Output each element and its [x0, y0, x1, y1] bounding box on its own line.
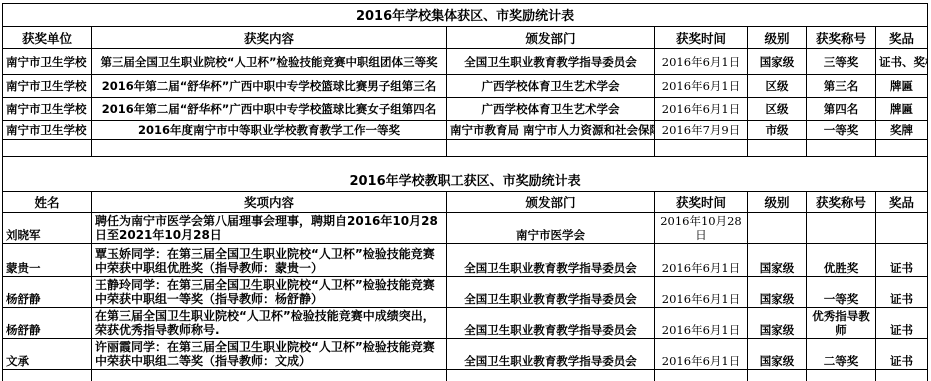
table-title: 2016年学校集体获区、市奖励统计表: [3, 4, 928, 27]
table-row: [3, 369, 928, 381]
staff-awards-table: 2016年学校教职工获区、市奖励统计表 姓名 奖项内容 颁发部门 获奖时间 级别…: [2, 157, 928, 381]
table-row: 杨舒静 在第三届全国卫生职业院校“人卫杯”检验技能竞赛中成绩突出，荣获优秀指导教…: [3, 307, 928, 338]
table-row: 南宁市卫生学校 2016年第二届“舒华杯”广西中职中专学校篮球比赛女子组第四名 …: [3, 98, 928, 121]
column-header: 奖项内容: [92, 191, 447, 212]
table-cell: [92, 369, 447, 381]
table-header-row: 姓名 奖项内容 颁发部门 获奖时间 级别 获奖称号 奖品: [3, 191, 928, 212]
table-cell: 2016年6月1日: [655, 338, 748, 369]
table-title-row: 2016年学校集体获区、市奖励统计表: [3, 4, 928, 27]
awards-report-page: { "style": { "background": "#ffffff", "b…: [0, 0, 931, 381]
table-cell: [876, 212, 928, 243]
table-cell: 2016年6月1日: [655, 75, 748, 98]
column-header: 获奖称号: [807, 27, 876, 49]
table-cell: 牌匾: [876, 98, 928, 121]
table-cell: 2016年第二届“舒华杯”广西中职中专学校篮球比赛女子组第四名: [92, 98, 447, 121]
column-header: 级别: [748, 27, 807, 49]
table-cell: 聘任为南宁市医学会第八届理事会理事，聘期自2016年10月28日至2021年10…: [92, 212, 447, 243]
table-cell: 全国卫生职业教育教学指导委员会: [447, 49, 655, 75]
table-cell: 南宁市卫生学校: [3, 98, 92, 121]
table-row: 南宁市卫生学校 2016年度南宁市中等职业学校教育教学工作一等奖 南宁市教育局 …: [3, 121, 928, 140]
column-header: 姓名: [3, 191, 92, 212]
column-header: 奖品: [876, 27, 928, 49]
table-cell: [655, 369, 748, 381]
table-cell: [92, 140, 447, 157]
table-cell: [3, 369, 92, 381]
table-cell: [807, 212, 876, 243]
table-cell: 南宁市卫生学校: [3, 121, 92, 140]
column-header: 获奖时间: [655, 191, 748, 212]
table-cell: 第四名: [807, 98, 876, 121]
table-cell: [3, 140, 92, 157]
table-cell: 第三名: [807, 75, 876, 98]
table-header-row: 获奖单位 获奖内容 颁发部门 获奖时间 级别 获奖称号 奖品: [3, 27, 928, 49]
table-title-row: 2016年学校教职工获区、市奖励统计表: [3, 157, 928, 191]
table-cell: 国家级: [748, 243, 807, 276]
table-cell: 证书: [876, 338, 928, 369]
table-cell: 一等奖: [807, 121, 876, 140]
table-cell: 优秀指导教师: [807, 307, 876, 338]
table-cell: 2016年6月1日: [655, 276, 748, 307]
table-row: 刘晓军 聘任为南宁市医学会第八届理事会理事，聘期自2016年10月28日至202…: [3, 212, 928, 243]
table-cell: 杨舒静: [3, 307, 92, 338]
table-cell: 全国卫生职业教育教学指导委员会: [447, 307, 655, 338]
table-cell: 2016年7月9日: [655, 121, 748, 140]
table-cell: 证书: [876, 276, 928, 307]
column-header: 奖品: [876, 191, 928, 212]
table-cell: 蒙贵一: [3, 243, 92, 276]
table-cell: 全国卫生职业教育教学指导委员会: [447, 243, 655, 276]
table-cell: 在第三届全国卫生职业院校“人卫杯”检验技能竞赛中成绩突出，荣获优秀指导教师称号.: [92, 307, 447, 338]
table-cell: 南宁市教育局 南宁市人力资源和社会保障局: [447, 121, 655, 140]
table-cell: [807, 369, 876, 381]
table-cell: [748, 140, 807, 157]
column-header: 级别: [748, 191, 807, 212]
table-cell: 广西学校体育卫生艺术学会: [447, 75, 655, 98]
table-cell: 2016年10月28日: [655, 212, 748, 243]
table-cell: 王静玲同学：在第三届全国卫生职业院校“人卫杯”检验技能竞赛中荣获中职组一等奖（指…: [92, 276, 447, 307]
table-cell: 二等奖: [807, 338, 876, 369]
table-cell: [748, 369, 807, 381]
table-cell: 牌匾: [876, 75, 928, 98]
table-cell: 国家级: [748, 49, 807, 75]
table-cell: 证书、奖杯: [876, 49, 928, 75]
table-cell: 全国卫生职业教育教学指导委员会: [447, 338, 655, 369]
table-cell: 南宁市卫生学校: [3, 49, 92, 75]
table-row: [3, 140, 928, 157]
table-cell: 第三届全国卫生职业院校“人卫杯”检验技能竞赛中职组团体三等奖: [92, 49, 447, 75]
table-cell: 奖牌: [876, 121, 928, 140]
table-title: 2016年学校教职工获区、市奖励统计表: [3, 157, 928, 191]
column-header: 获奖内容: [92, 27, 447, 49]
table-cell: 许丽霞同学：在第三届全国卫生职业院校“人卫杯”检验技能竞赛中荣获中职组二等奖（指…: [92, 338, 447, 369]
table-row: 南宁市卫生学校 2016年第二届“舒华杯”广西中职中专学校篮球比赛男子组第三名 …: [3, 75, 928, 98]
table-row: 南宁市卫生学校 第三届全国卫生职业院校“人卫杯”检验技能竞赛中职组团体三等奖 全…: [3, 49, 928, 75]
column-header: 获奖称号: [807, 191, 876, 212]
table-cell: 国家级: [748, 307, 807, 338]
column-header: 颁发部门: [447, 191, 655, 212]
collective-awards-table: 2016年学校集体获区、市奖励统计表 获奖单位 获奖内容 颁发部门 获奖时间 级…: [2, 3, 928, 157]
table-cell: 2016年6月1日: [655, 243, 748, 276]
table-cell: 一等奖: [807, 276, 876, 307]
table-cell: [447, 369, 655, 381]
table-cell: 2016年6月1日: [655, 307, 748, 338]
table-cell: 国家级: [748, 338, 807, 369]
table-row: 杨舒静 王静玲同学：在第三届全国卫生职业院校“人卫杯”检验技能竞赛中荣获中职组一…: [3, 276, 928, 307]
table-cell: 证书: [876, 243, 928, 276]
table-cell: [876, 140, 928, 157]
table-cell: 文承: [3, 338, 92, 369]
table-cell: 2016年6月1日: [655, 98, 748, 121]
column-header: 获奖单位: [3, 27, 92, 49]
table-cell: 证书: [876, 307, 928, 338]
table-row: 蒙贵一 覃玉娇同学：在第三届全国卫生职业院校“人卫杯”检验技能竞赛中荣获中职组优…: [3, 243, 928, 276]
table-cell: 刘晓军: [3, 212, 92, 243]
table-cell: 全国卫生职业教育教学指导委员会: [447, 276, 655, 307]
table-row: 文承 许丽霞同学：在第三届全国卫生职业院校“人卫杯”检验技能竞赛中荣获中职组二等…: [3, 338, 928, 369]
column-header: 获奖时间: [655, 27, 748, 49]
table-cell: 国家级: [748, 276, 807, 307]
table-cell: 2016年6月1日: [655, 49, 748, 75]
table-cell: [876, 369, 928, 381]
table-cell: 南宁市卫生学校: [3, 75, 92, 98]
table-cell: [655, 140, 748, 157]
table-cell: 2016年度南宁市中等职业学校教育教学工作一等奖: [92, 121, 447, 140]
table-cell: 三等奖: [807, 49, 876, 75]
table-cell: 市级: [748, 121, 807, 140]
table-cell: 区级: [748, 75, 807, 98]
table-cell: 优胜奖: [807, 243, 876, 276]
table-cell: 南宁市医学会: [447, 212, 655, 243]
table-cell: 2016年第二届“舒华杯”广西中职中专学校篮球比赛男子组第三名: [92, 75, 447, 98]
table-cell: 广西学校体育卫生艺术学会: [447, 98, 655, 121]
table-cell: 覃玉娇同学：在第三届全国卫生职业院校“人卫杯”检验技能竞赛中荣获中职组优胜奖（指…: [92, 243, 447, 276]
table-cell: 杨舒静: [3, 276, 92, 307]
table-cell: [807, 140, 876, 157]
column-header: 颁发部门: [447, 27, 655, 49]
table-cell: [447, 140, 655, 157]
table-cell: 区级: [748, 98, 807, 121]
table-cell: [748, 212, 807, 243]
